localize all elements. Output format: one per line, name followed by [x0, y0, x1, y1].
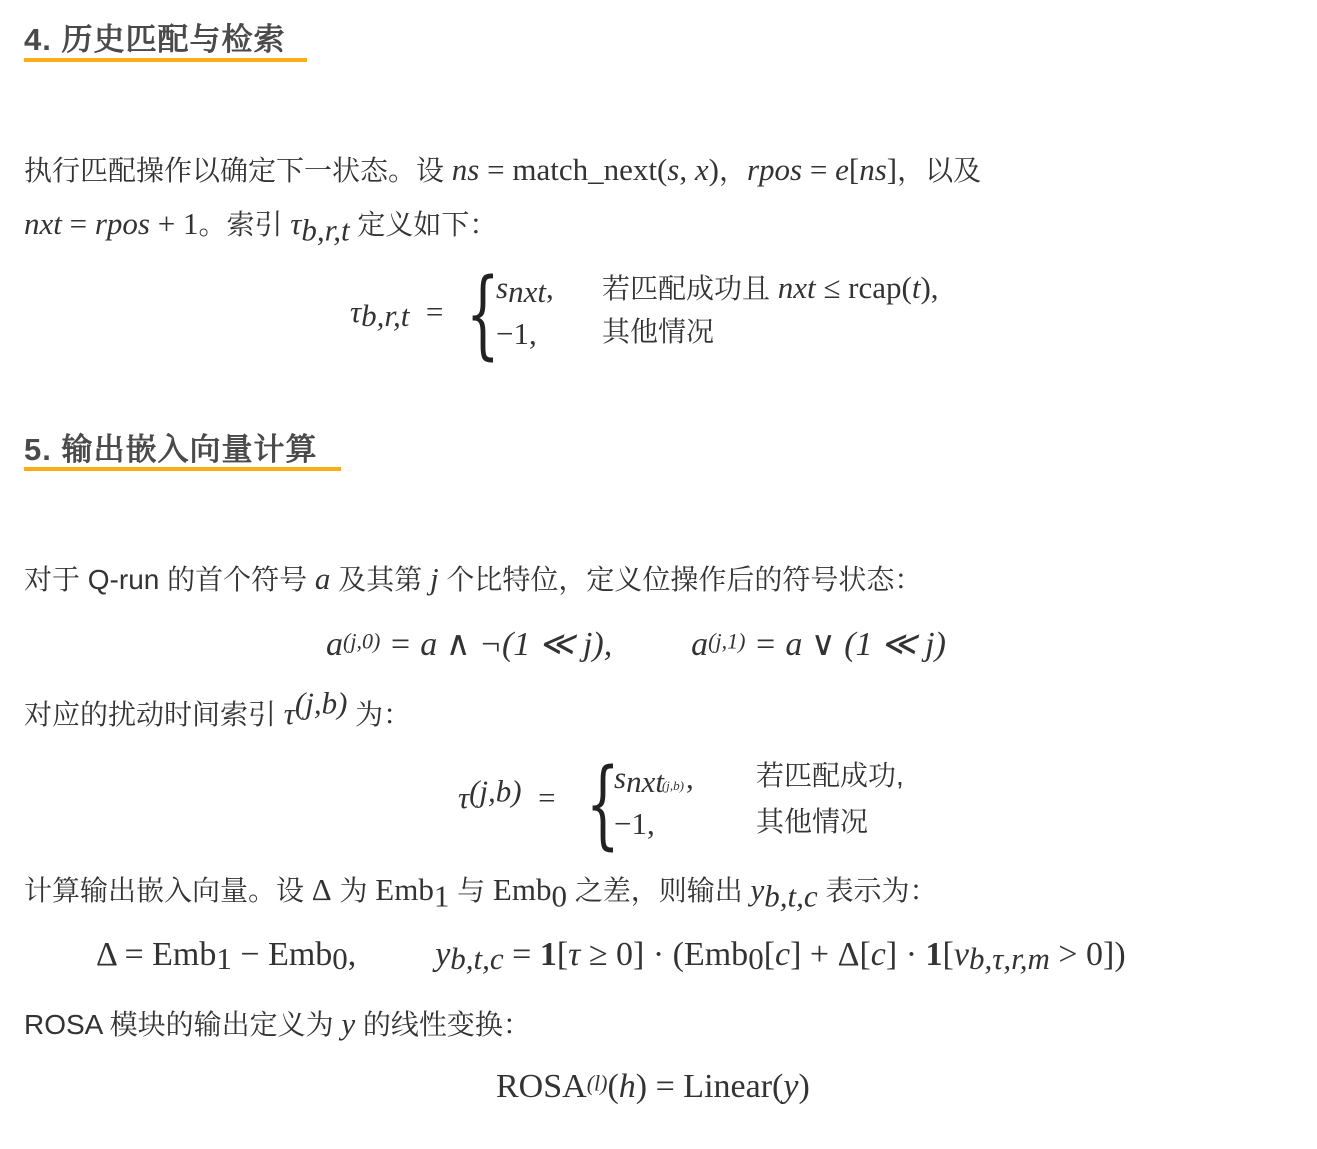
paragraph-match-op: 执行匹配操作以确定下一状态。设 ns = match_next(s, x)，rp…: [24, 154, 981, 185]
math: ): [798, 1068, 809, 1105]
math: Δ: [312, 872, 332, 907]
math: y: [751, 872, 765, 907]
math: a: [691, 626, 708, 663]
math: ,: [546, 270, 554, 305]
math: [: [943, 936, 954, 973]
math: = a ∨ (1 ≪ j): [745, 626, 946, 663]
math-subscript: 0: [748, 941, 764, 976]
heading-underline: [24, 467, 341, 471]
math: ): [636, 1068, 647, 1105]
math: h: [619, 1068, 636, 1105]
text: 与: [449, 875, 493, 906]
math: j: [430, 561, 439, 596]
math: = match_next(: [479, 152, 667, 187]
math: y: [783, 1068, 798, 1105]
text: 。索引: [198, 209, 290, 240]
math: = Linear(: [647, 1068, 783, 1105]
math: −1,: [496, 316, 537, 352]
math: Δ = Emb: [96, 936, 216, 973]
math: nxt: [778, 270, 816, 305]
math: τ: [290, 206, 301, 241]
math-subscript: 1: [216, 941, 232, 976]
text: ROSA 模块的输出定义为: [24, 1009, 341, 1040]
math-subscript: b,r,t: [361, 298, 409, 333]
math-indicator: 1: [926, 936, 943, 973]
text: 若匹配成功且: [602, 273, 778, 304]
math: y: [435, 936, 450, 973]
math: Emb: [375, 872, 434, 907]
paragraph-output-embed: 计算输出嵌入向量。设 Δ 为 Emb1 与 Emb0 之差，则输出 yb,t,c…: [24, 874, 937, 905]
math: ns: [452, 152, 480, 187]
math-superscript: (j,1): [708, 629, 745, 654]
math-superscript: (j,0): [343, 629, 380, 654]
math: v: [954, 936, 969, 973]
math-subscript: nxt: [508, 274, 546, 309]
math: ] ·: [886, 936, 926, 973]
math-subscript: b,r,t: [301, 213, 349, 248]
math: rpos: [95, 206, 150, 241]
math: c: [871, 936, 886, 973]
math: − Emb: [232, 936, 332, 973]
math: ]: [887, 152, 897, 187]
math: rpos: [747, 152, 802, 187]
math-indicator: 1: [540, 936, 557, 973]
math: =: [62, 206, 95, 241]
text: 为：: [347, 699, 411, 730]
text: ，: [719, 155, 747, 186]
text: 定义如下：: [350, 209, 498, 240]
text: 的线性变换：: [355, 1009, 531, 1040]
math: ): [709, 152, 719, 187]
math-subscript: b,t,c: [450, 941, 503, 976]
left-brace-icon: {: [466, 258, 500, 370]
math: a: [315, 561, 331, 596]
math: [: [764, 936, 775, 973]
math: Emb: [493, 872, 552, 907]
equation-bit-ops: a(j,0) = a ∧ ¬(1 ≪ j), a(j,1) = a ∨ (1 ≪…: [326, 624, 946, 664]
paragraph-index-def: nxt = rpos + 1。索引 τb,r,t 定义如下：: [24, 208, 497, 239]
math: ),: [920, 270, 938, 305]
math: =: [504, 936, 540, 973]
text: 个比特位，定义位操作后的符号状态：: [439, 564, 923, 595]
math: ,: [348, 936, 357, 973]
math: (: [607, 1068, 618, 1105]
math: ,: [679, 152, 695, 187]
paragraph-qrun: 对于 Q-run 的首个符号 a 及其第 j 个比特位，定义位操作后的符号状态：: [24, 563, 922, 594]
math: ≤ rcap(: [816, 270, 912, 305]
math: c: [775, 936, 790, 973]
text: 对应的扰动时间索引: [24, 699, 284, 730]
math-subscript: 1: [434, 879, 450, 914]
math: [: [849, 152, 859, 187]
math: ≥ 0] · (Emb: [580, 936, 748, 973]
section-5-heading: 5. 输出嵌入向量计算: [24, 424, 317, 469]
math: =: [426, 294, 443, 329]
section-4-heading: 4. 历史匹配与检索: [24, 14, 285, 59]
math: > 0]): [1050, 936, 1126, 973]
text: 其他情况: [602, 318, 714, 346]
text: 执行匹配操作以确定下一状态。设: [24, 155, 452, 186]
math-subscript: nxt: [626, 764, 664, 799]
math: x: [695, 152, 709, 187]
text: ，以及: [897, 155, 981, 186]
text: 表示为：: [818, 875, 938, 906]
heading-underline: [24, 58, 307, 62]
math: s: [614, 760, 626, 795]
math: τ: [458, 780, 469, 815]
text: 之差，则输出: [567, 875, 751, 906]
math: ROSA: [496, 1068, 587, 1105]
math: τ: [568, 936, 580, 973]
math-superscript: (l): [587, 1071, 608, 1096]
equation-output-y: Δ = Emb1 − Emb0, yb,t,c = 1[τ ≥ 0] · (Em…: [96, 936, 1126, 974]
text: 计算输出嵌入向量。设: [24, 875, 312, 906]
math-subscript: b,t,c: [764, 879, 817, 914]
math: τ: [284, 696, 295, 731]
math: y: [341, 1006, 355, 1041]
math: s: [667, 152, 679, 187]
math: =: [802, 152, 835, 187]
text: 为: [332, 875, 376, 906]
math-superscript: (j,b): [469, 774, 522, 809]
math: ,: [686, 760, 694, 795]
text: 若匹配成功,: [756, 762, 904, 790]
math: =: [538, 780, 555, 815]
text: 对于 Q-run 的首个符号: [24, 564, 315, 595]
text: 及其第: [330, 564, 430, 595]
math-subscript: 0: [551, 879, 567, 914]
paragraph-rosa-output: ROSA 模块的输出定义为 y 的线性变换：: [24, 1008, 531, 1039]
math: ns: [859, 152, 887, 187]
math: s: [496, 270, 508, 305]
math-subscript: b,τ,r,m: [969, 941, 1050, 976]
math: = a ∧ ¬(1 ≪ j),: [380, 626, 612, 663]
math-superscript: (j,b): [662, 778, 684, 793]
math: [: [557, 936, 568, 973]
math-subscript: 0: [332, 941, 348, 976]
math: a: [326, 626, 343, 663]
math-superscript: (j,b): [295, 686, 348, 721]
paragraph-perturb-index: 对应的扰动时间索引 τ(j,b) 为：: [24, 698, 411, 729]
equation-rosa-linear: ROSA(l)(h) = Linear(y): [496, 1068, 810, 1106]
math: e: [835, 152, 849, 187]
text: 其他情况: [756, 808, 868, 836]
math: ] + Δ[: [790, 936, 871, 973]
math: −1,: [614, 806, 655, 842]
math: + 1: [150, 206, 198, 241]
math: τ: [350, 294, 361, 329]
math: nxt: [24, 206, 62, 241]
